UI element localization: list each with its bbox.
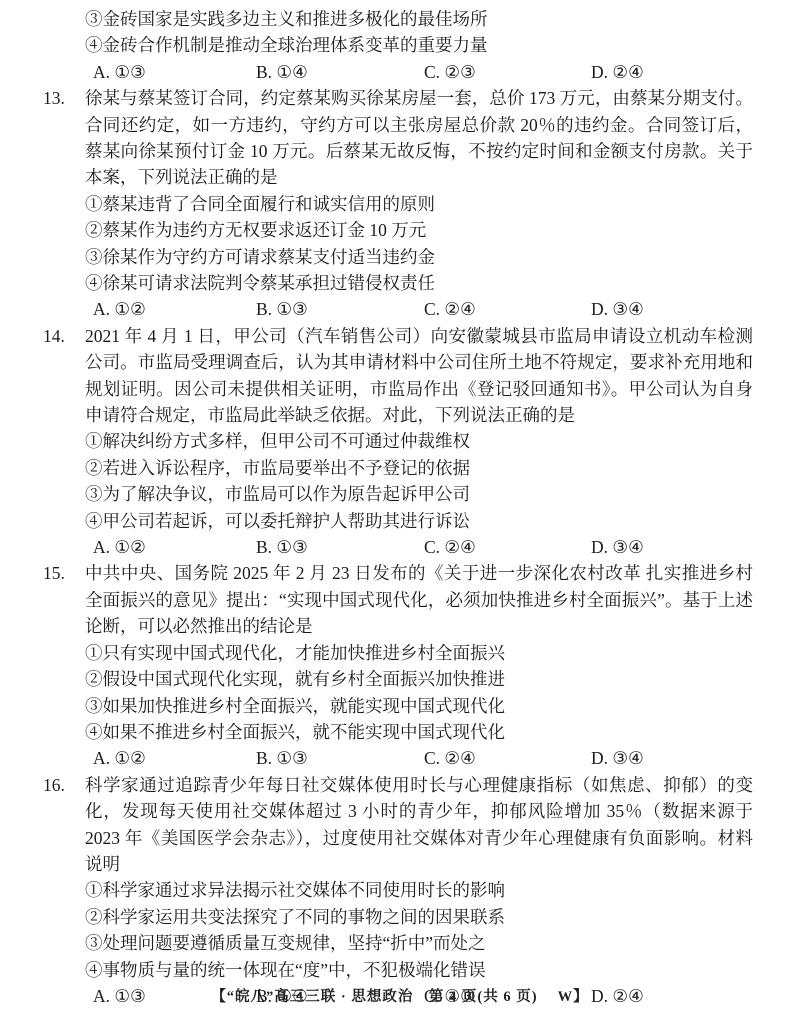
question-stem: 中共中央、国务院 2025 年 2 月 23 日发布的《关于进一步深化农村改革 … [85, 560, 753, 639]
option-d: D. ③④ [591, 534, 644, 560]
question-number: 14. [43, 323, 85, 349]
answer-options-row: A. ①② B. ①③ C. ②④ D. ③④ [85, 296, 753, 322]
question-stem: 2021 年 4 月 1 日，甲公司（汽车销售公司）向安徽蒙城县市监局申请设立机… [85, 323, 753, 429]
question-stem: 科学家通过追踪青少年每日社交媒体使用时长与心理健康指标（如焦虑、抑郁）的变化，发… [85, 772, 753, 878]
question-block-15: 15. 中共中央、国务院 2025 年 2 月 23 日发布的《关于进一步深化农… [85, 560, 753, 771]
question-number: 15. [43, 560, 85, 586]
choice-line: ②蔡某作为违约方无权要求返还订金 10 万元 [85, 217, 753, 243]
choice-line: ③如果加快推进乡村全面振兴，就能实现中国式现代化 [85, 693, 753, 719]
choice-line: ④甲公司若起诉，可以委托辩护人帮助其进行诉讼 [85, 508, 753, 534]
choice-line: ④徐某可请求法院判令蔡某承担过错侵权责任 [85, 270, 753, 296]
choice-line: ②科学家运用共变法探究了不同的事物之间的因果联系 [85, 904, 753, 930]
option-a: A. ①③ [93, 59, 146, 85]
option-a: A. ①② [93, 534, 146, 560]
option-c: C. ②④ [424, 534, 476, 560]
question-block-16: 16. 科学家通过追踪青少年每日社交媒体使用时长与心理健康指标（如焦虑、抑郁）的… [85, 772, 753, 1010]
choice-line: ③金砖国家是实践多边主义和推进多极化的最佳场所 [85, 6, 753, 32]
choice-line: ④事物质与量的统一体现在“度”中，不犯极端化错误 [85, 957, 753, 983]
choice-line: ③处理问题要遵循质量互变规律，坚持“折中”而处之 [85, 930, 753, 956]
choice-line: ④如果不推进乡村全面振兴，就不能实现中国式现代化 [85, 719, 753, 745]
choice-line: ②若进入诉讼程序，市监局要举出不予登记的依据 [85, 455, 753, 481]
choice-line: ①蔡某违背了合同全面履行和诚实信用的原则 [85, 191, 753, 217]
choice-line: ①科学家通过求异法揭示社交媒体不同使用时长的影响 [85, 877, 753, 903]
option-d: D. ②④ [591, 59, 644, 85]
option-d: D. ③④ [591, 745, 644, 771]
option-c: C. ②④ [424, 296, 476, 322]
option-b: B. ①③ [256, 745, 308, 771]
option-a: A. ①② [93, 296, 146, 322]
option-a: A. ①② [93, 745, 146, 771]
answer-options-row: A. ①③ B. ①④ C. ②③ D. ②④ [85, 59, 753, 85]
answer-options-row: A. ①② B. ①③ C. ②④ D. ③④ [85, 534, 753, 560]
question-block-12-partial: ③金砖国家是实践多边主义和推进多极化的最佳场所 ④金砖合作机制是推动全球治理体系… [85, 6, 753, 85]
choice-line: ④金砖合作机制是推动全球治理体系变革的重要力量 [85, 32, 753, 58]
exam-page: ③金砖国家是实践多边主义和推进多极化的最佳场所 ④金砖合作机制是推动全球治理体系… [0, 0, 800, 1018]
choice-line: ③徐某作为守约方可请求蔡某支付适当违约金 [85, 244, 753, 270]
option-b: B. ①③ [256, 534, 308, 560]
choice-line: ③为了解决争议，市监局可以作为原告起诉甲公司 [85, 481, 753, 507]
choice-line: ①解决纠纷方式多样，但甲公司不可通过仲裁维权 [85, 428, 753, 454]
option-d: D. ③④ [591, 296, 644, 322]
choice-line: ①只有实现中国式现代化，才能加快推进乡村全面振兴 [85, 640, 753, 666]
question-number: 16. [43, 772, 85, 798]
question-block-13: 13. 徐某与蔡某签订合同，约定蔡某购买徐某房屋一套，总价 173 万元，由蔡某… [85, 85, 753, 323]
question-number: 13. [43, 85, 85, 111]
option-c: C. ②③ [424, 59, 476, 85]
option-c: C. ②④ [424, 745, 476, 771]
answer-options-row: A. ①② B. ①③ C. ②④ D. ③④ [85, 745, 753, 771]
question-block-14: 14. 2021 年 4 月 1 日，甲公司（汽车销售公司）向安徽蒙城县市监局申… [85, 323, 753, 561]
option-b: B. ①④ [256, 59, 308, 85]
option-b: B. ①③ [256, 296, 308, 322]
page-footer: 【“皖八”高三三联 · 思想政治 第 4 页(共 6 页) W】 [0, 984, 800, 1010]
question-stem: 徐某与蔡某签订合同，约定蔡某购买徐某房屋一套，总价 173 万元，由蔡某分期支付… [85, 85, 753, 191]
choice-line: ②假设中国式现代化实现，就有乡村全面振兴加快推进 [85, 666, 753, 692]
